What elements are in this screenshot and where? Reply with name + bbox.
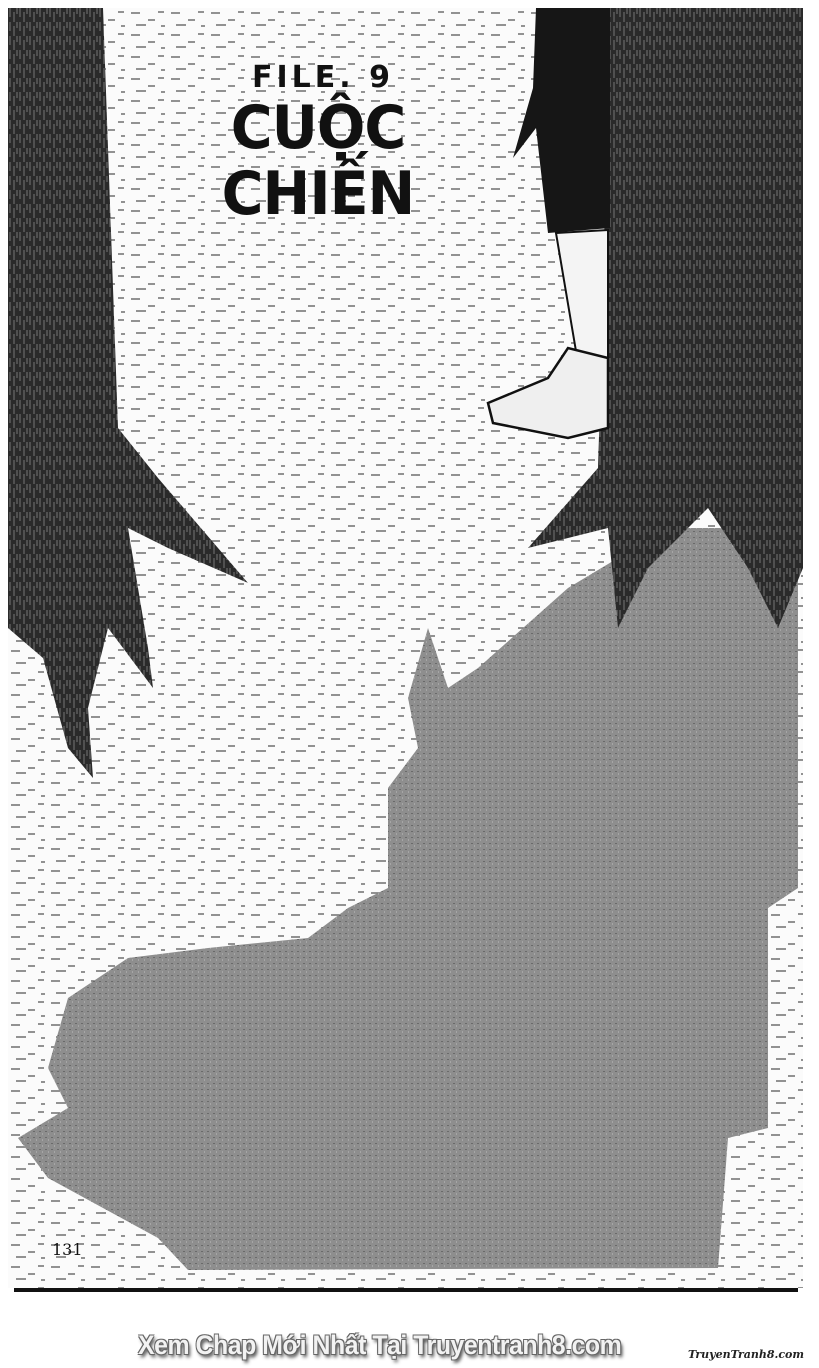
chapter-number: FILE. 9	[213, 60, 433, 95]
watermark-logo: TruyenTranh8.com	[688, 1348, 804, 1361]
watermark-banner: Xem Chap Mới Nhất Tại Truyentranh8.com	[138, 1330, 621, 1361]
chapter-title-block: FILE. 9 CUỘC CHIẾN	[203, 60, 433, 227]
page-bottom-rule	[14, 1288, 798, 1292]
manga-page: FILE. 9 CUỘC CHIẾN 131	[8, 8, 803, 1288]
chapter-title-line-2: CHIẾN	[209, 161, 428, 227]
page-number: 131	[52, 1240, 83, 1259]
chapter-title-line-1: CUỘC	[209, 95, 428, 161]
